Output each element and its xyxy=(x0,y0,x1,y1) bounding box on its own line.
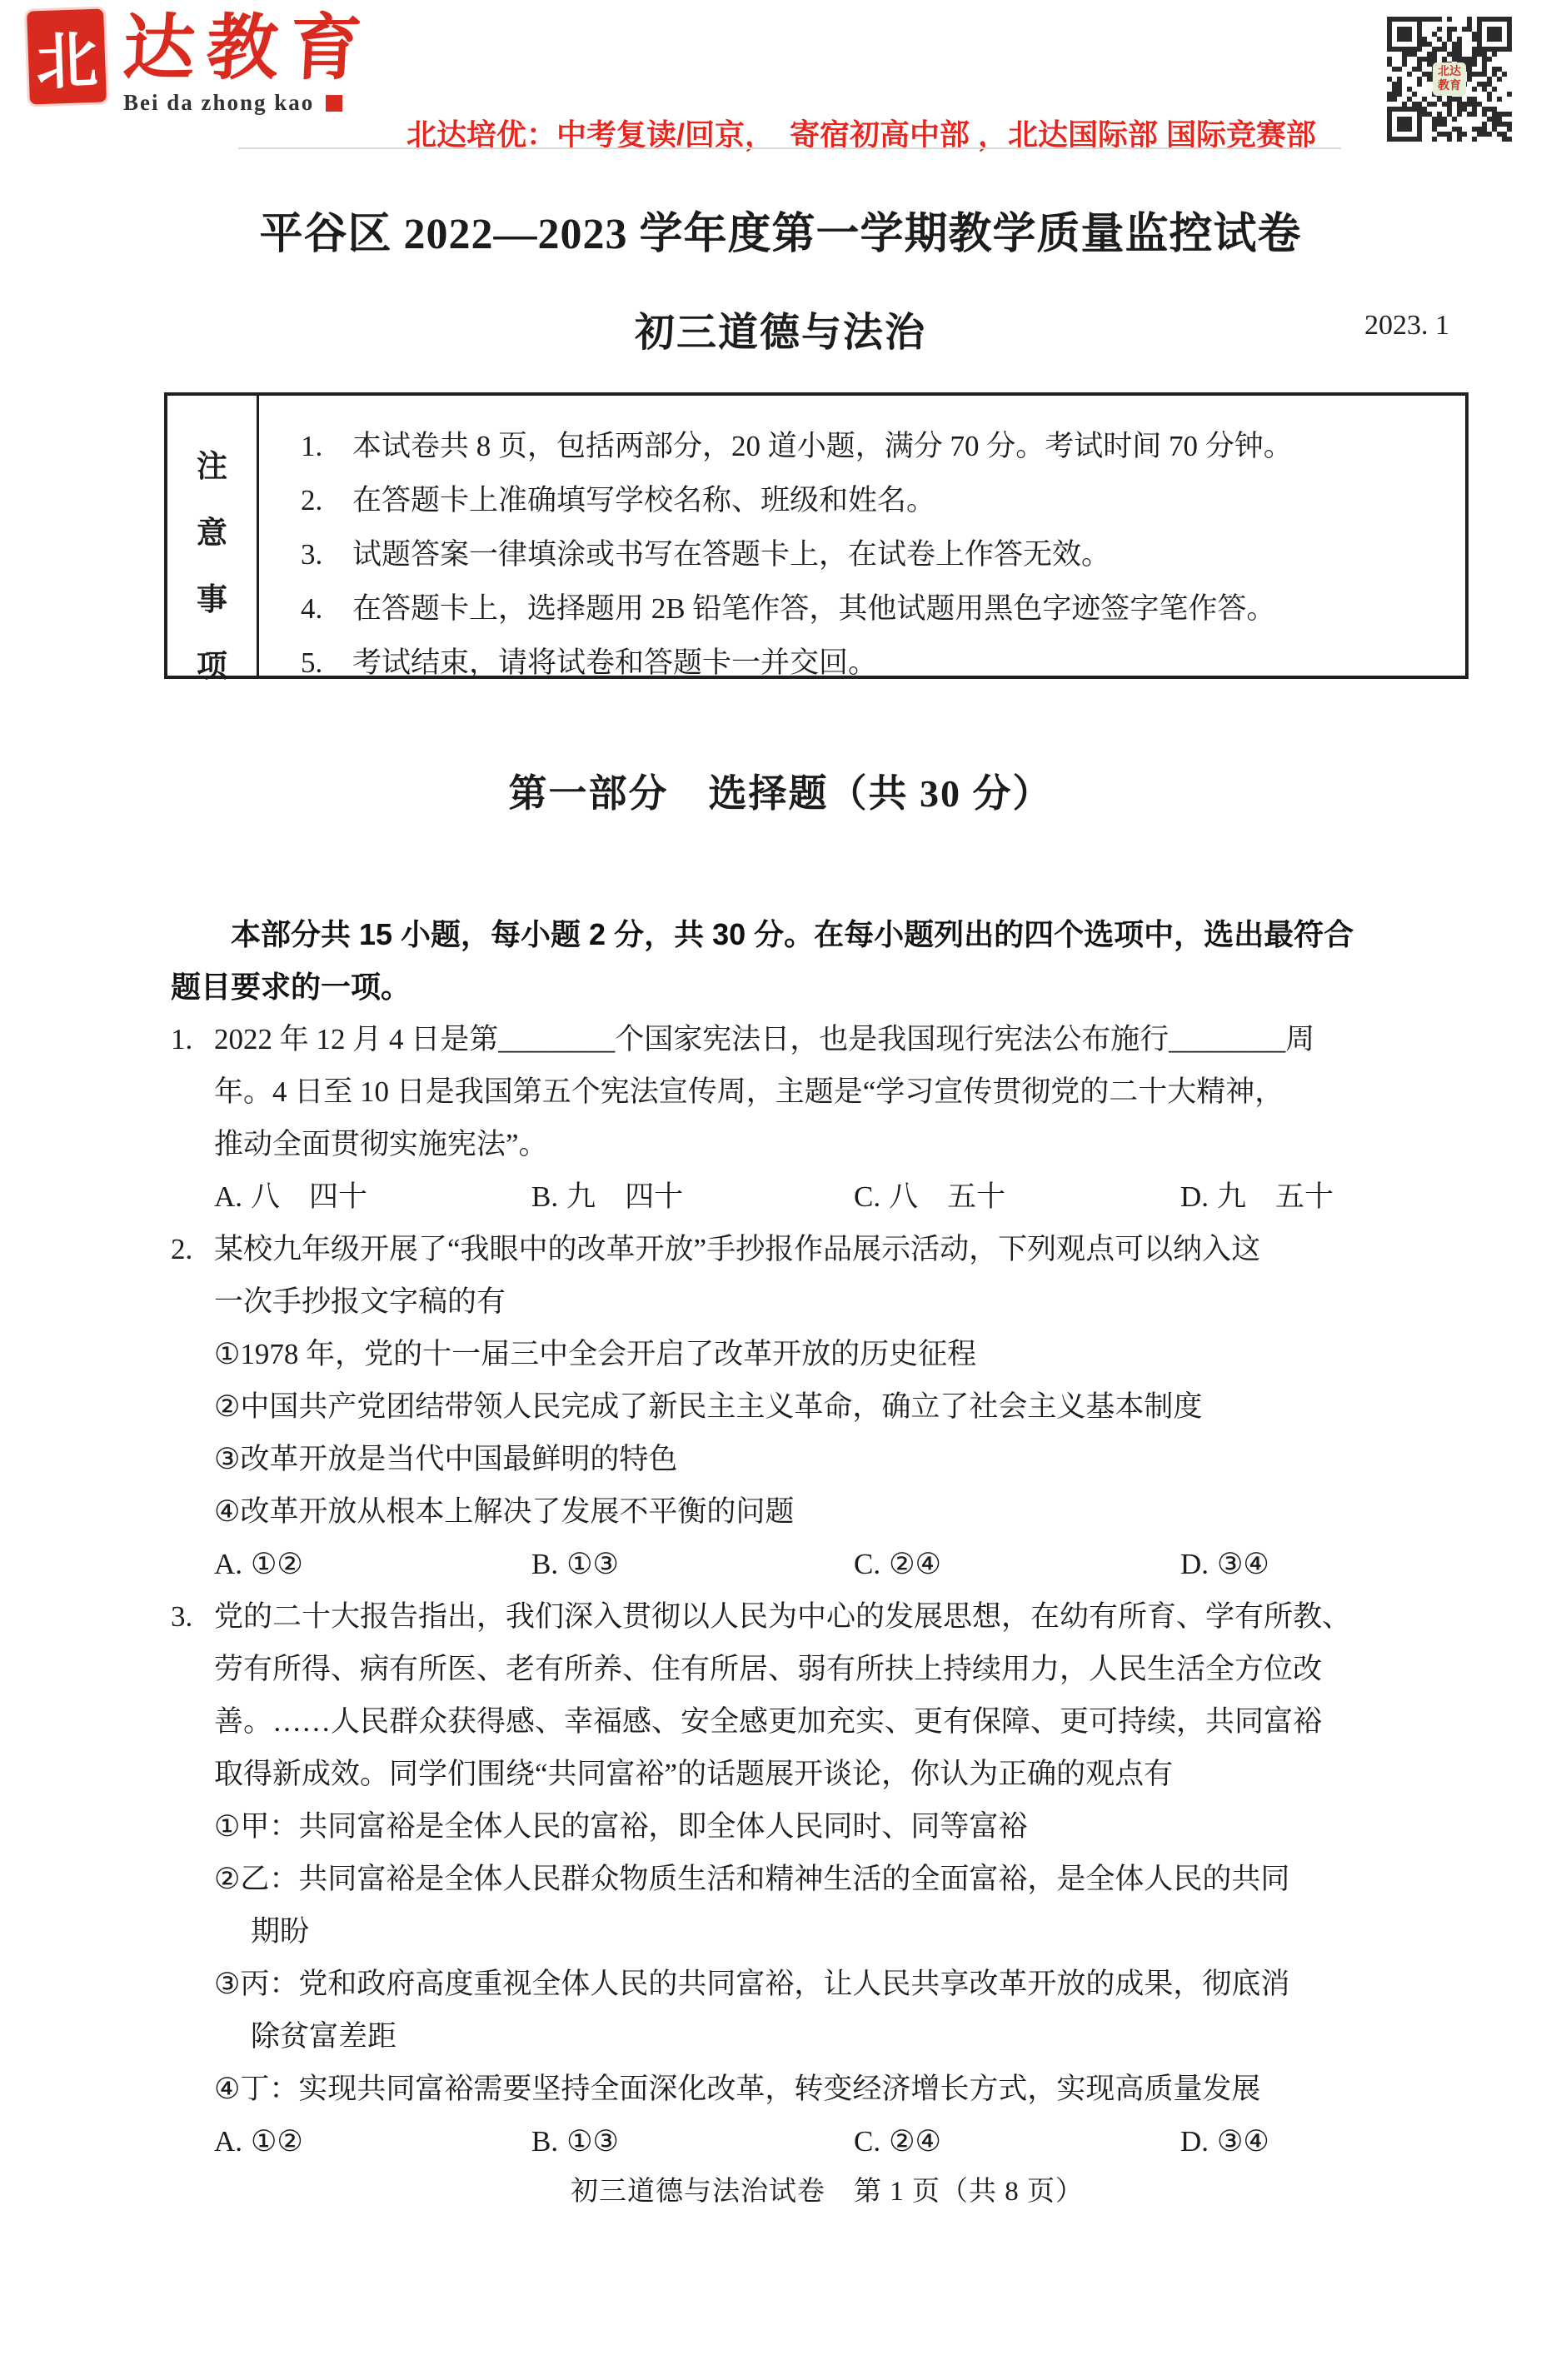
option-a: A.①② xyxy=(214,1538,303,1590)
page-title: 平谷区 2022—2023 学年度第一学期教学质量监控试卷 xyxy=(0,198,1561,261)
notice-label-column: 注 意 事 项 xyxy=(167,396,259,676)
question-2: 2. 某校九年级开展了“我眼中的改革开放”手抄报作品展示活动，下列观点可以纳入这… xyxy=(171,1223,1420,1538)
question-line: 推动全面贯彻实施宪法”。 xyxy=(214,1118,1420,1170)
page-footer: 初三道德与法治试卷 第 1 页（共 8 页） xyxy=(0,2169,1561,2208)
qr-label-line2: 教育 xyxy=(1438,79,1461,93)
question-3: 3. 党的二十大报告指出，我们深入贯彻以人民为中心的发展思想，在幼有所育、学有所… xyxy=(171,1590,1420,2115)
notice-label-char: 事 xyxy=(197,574,227,619)
option-d: D.九 五十 xyxy=(1180,1170,1334,1223)
question-line: 取得新成效。同学们围绕“共同富裕”的话题展开谈论，你认为正确的观点有 xyxy=(214,1748,1420,1800)
notice-item-text: 在答题卡上准确填写学校名称、班级和姓名。 xyxy=(352,473,935,527)
logo-seal: 北 xyxy=(27,8,107,104)
question-line: 党的二十大报告指出，我们深入贯彻以人民为中心的发展思想，在幼有所育、学有所教、 xyxy=(214,1590,1420,1643)
notice-item-list: 1. 本试卷共 8 页，包括两部分，20 道小题，满分 70 分。考试时间 70… xyxy=(259,396,1465,676)
question-statement-4: ④丁：实现共同富裕需要坚持全面深化改革，转变经济增长方式，实现高质量发展 xyxy=(214,2063,1420,2115)
question-statement-2-cont: 期盼 xyxy=(214,1905,1420,1958)
qr-center-label: 北达 教育 xyxy=(1433,62,1466,96)
question-1: 1. 2022 年 12 月 4 日是第________个国家宪法日，也是我国现… xyxy=(171,1013,1420,1170)
qr-code: 北达 教育 xyxy=(1387,17,1512,142)
red-square-icon xyxy=(326,95,342,112)
option-a: A.①② xyxy=(214,2115,303,2168)
option-c: C.②④ xyxy=(854,1538,941,1590)
option-d: D.③④ xyxy=(1180,2115,1269,2168)
notice-item-number: 3. xyxy=(301,527,352,581)
logo-subtext-row: Bei da zhong kao xyxy=(123,90,373,116)
option-b: B.①③ xyxy=(531,1538,619,1590)
logo-subtext: Bei da zhong kao xyxy=(123,90,314,116)
notice-item: 1. 本试卷共 8 页，包括两部分，20 道小题，满分 70 分。考试时间 70… xyxy=(301,419,1452,473)
notice-item-number: 2. xyxy=(301,473,352,527)
question-statement-2: ②中国共产党团结带领人民完成了新民主主义革命，确立了社会主义基本制度 xyxy=(214,1380,1420,1433)
question-line: 善。……人民群众获得感、幸福感、安全感更加充实、更有保障、更可持续，共同富裕 xyxy=(214,1695,1420,1748)
header-logo: 北 达教育 Bei da zhong kao xyxy=(28,10,373,116)
subject-title: 初三道德与法治 xyxy=(0,300,1561,357)
logo-brand-text: 达教育 xyxy=(122,10,376,87)
notice-label-char: 注 xyxy=(197,441,227,486)
question-number: 1. xyxy=(171,1013,192,1065)
notice-item-text: 在答题卡上，选择题用 2B 铅笔作答，其他试题用黑色字迹签字笔作答。 xyxy=(352,581,1275,636)
notice-item-number: 1. xyxy=(301,419,352,473)
notice-item: 4. 在答题卡上，选择题用 2B 铅笔作答，其他试题用黑色字迹签字笔作答。 xyxy=(301,581,1452,636)
option-d: D.③④ xyxy=(1180,1538,1269,1590)
question-line: 劳有所得、病有所医、老有所养、住有所居、弱有所扶上持续用力，人民生活全方位改 xyxy=(214,1643,1420,1695)
notice-item: 2. 在答题卡上准确填写学校名称、班级和姓名。 xyxy=(301,473,1452,527)
notice-item: 5. 考试结束，请将试卷和答题卡一并交回。 xyxy=(301,636,1452,690)
question-statement-1: ①1978 年，党的十一届三中全会开启了改革开放的历史征程 xyxy=(214,1328,1420,1380)
question-2-options: A.①② B.①③ C.②④ D.③④ xyxy=(171,1538,1420,1590)
logo-seal-char: 北 xyxy=(34,12,99,102)
option-b: B.①③ xyxy=(531,2115,619,2168)
notice-item-number: 4. xyxy=(301,581,352,636)
notice-box: 注 意 事 项 1. 本试卷共 8 页，包括两部分，20 道小题，满分 70 分… xyxy=(164,392,1469,679)
exam-date: 2023. 1 xyxy=(1364,310,1449,342)
intro-paragraph: 本部分共 15 小题，每小题 2 分，共 30 分。在每小题列出的四个选项中，选… xyxy=(171,908,1420,1013)
notice-item-text: 试题答案一律填涂或书写在答题卡上，在试卷上作答无效。 xyxy=(352,527,1110,581)
question-statement-3-cont: 除贫富差距 xyxy=(214,2010,1420,2063)
option-b: B.九 四十 xyxy=(531,1170,683,1223)
intro-line-2: 题目要求的一项。 xyxy=(171,960,1420,1013)
question-3-options: A.①② B.①③ C.②④ D.③④ xyxy=(171,2115,1420,2168)
question-line: 一次手抄报文字稿的有 xyxy=(214,1275,1420,1328)
logo-text-block: 达教育 Bei da zhong kao xyxy=(123,10,373,116)
option-c: C.八 五十 xyxy=(854,1170,1005,1223)
question-line: 2022 年 12 月 4 日是第________个国家宪法日，也是我国现行宪法… xyxy=(214,1013,1420,1065)
question-line: 某校九年级开展了“我眼中的改革开放”手抄报作品展示活动，下列观点可以纳入这 xyxy=(214,1223,1420,1275)
question-statement-2: ②乙：共同富裕是全体人民群众物质生活和精神生活的全面富裕，是全体人民的共同 xyxy=(214,1853,1420,1905)
question-statement-4: ④改革开放从根本上解决了发展不平衡的问题 xyxy=(214,1485,1420,1538)
notice-item-text: 考试结束，请将试卷和答题卡一并交回。 xyxy=(352,636,877,690)
notice-item-text: 本试卷共 8 页，包括两部分，20 道小题，满分 70 分。考试时间 70 分钟… xyxy=(352,419,1293,473)
question-number: 3. xyxy=(171,1590,192,1643)
question-statement-3: ③改革开放是当代中国最鲜明的特色 xyxy=(214,1433,1420,1485)
question-statement-1: ①甲：共同富裕是全体人民的富裕，即全体人民同时、同等富裕 xyxy=(214,1800,1420,1853)
exam-paper-page: 北 达教育 Bei da zhong kao 北达培优：中考复读/回京， 寄宿初… xyxy=(0,0,1561,2380)
notice-label-char: 意 xyxy=(197,507,227,552)
question-line: 年。4 日至 10 日是我国第五个宪法宣传周，主题是“学习宣传贯彻党的二十大精神… xyxy=(214,1065,1420,1118)
question-statement-3: ③丙：党和政府高度重视全体人民的共同富裕，让人民共享改革开放的成果，彻底消 xyxy=(214,1958,1420,2010)
qr-label-line1: 北达 xyxy=(1438,65,1461,79)
option-a: A.八 四十 xyxy=(214,1170,367,1223)
header-divider xyxy=(238,147,1341,149)
intro-line-1: 本部分共 15 小题，每小题 2 分，共 30 分。在每小题列出的四个选项中，选… xyxy=(171,908,1420,960)
notice-item-number: 5. xyxy=(301,636,352,690)
notice-label-char: 项 xyxy=(197,641,227,686)
questions-area: 本部分共 15 小题，每小题 2 分，共 30 分。在每小题列出的四个选项中，选… xyxy=(171,908,1420,2168)
section-title: 第一部分 选择题（共 30 分） xyxy=(0,763,1561,818)
question-1-options: A.八 四十 B.九 四十 C.八 五十 D.九 五十 xyxy=(171,1170,1420,1223)
question-number: 2. xyxy=(171,1223,192,1275)
notice-item: 3. 试题答案一律填涂或书写在答题卡上，在试卷上作答无效。 xyxy=(301,527,1452,581)
option-c: C.②④ xyxy=(854,2115,941,2168)
